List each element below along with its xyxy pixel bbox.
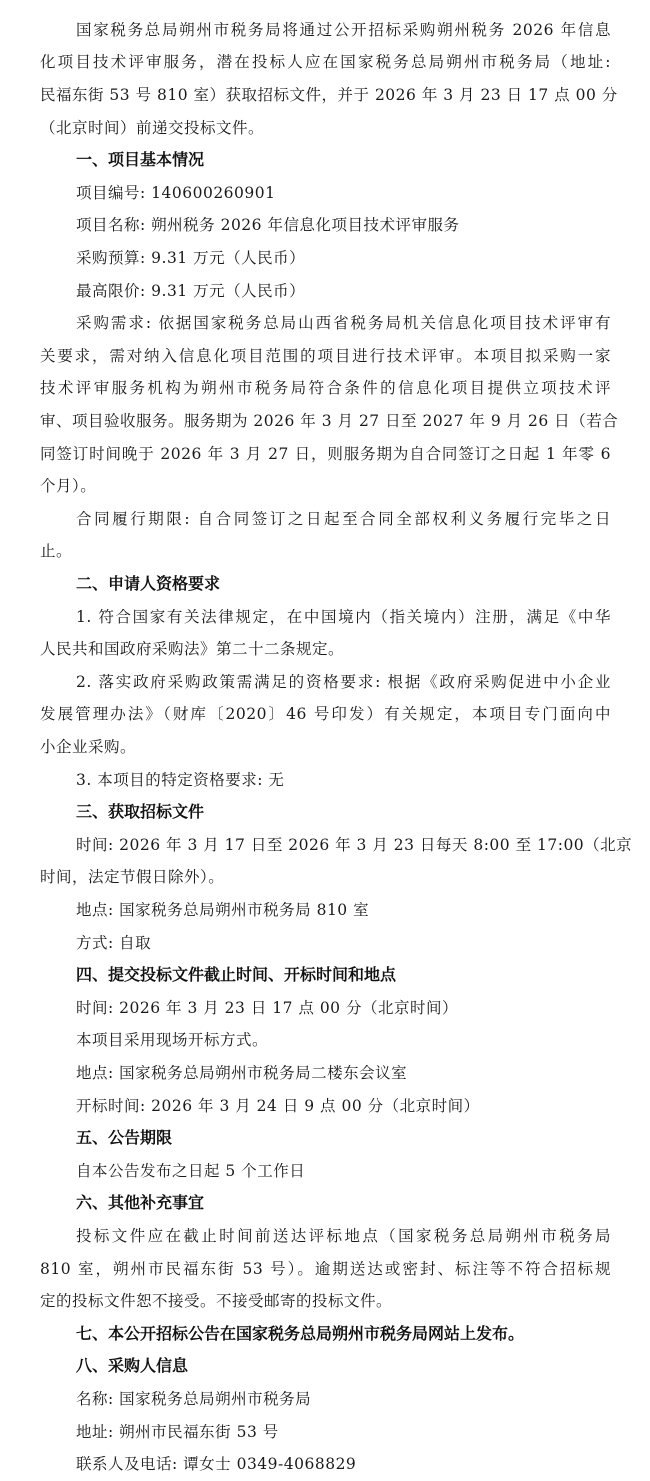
obtain-method: 方式: 自取: [76, 927, 151, 959]
contract-term-line-1: 合同履行期限: 自合同签订之日起至合同全部权利义务履行完毕之日: [76, 503, 611, 535]
qualification-1-line-2: 人民共和国政府采购法》第二十二条规定。: [40, 633, 611, 665]
requirement-line-4: 审、项目验收服务。服务期为 2026 年 3 月 27 日至 2027 年 9 …: [40, 405, 611, 437]
intro-line-2: 化项目技术评审服务，潜在投标人应在国家税务总局朔州市税务局（地址:: [40, 46, 611, 78]
opening-place: 地点: 国家税务总局朔州市税务局二楼东会议室: [76, 1057, 407, 1089]
max-price: 最高限价: 9.31 万元（人民币）: [76, 275, 305, 307]
intro-line-3: 民福东街 53 号 810 室）获取招标文件，并于 2026 年 3 月 23 …: [40, 79, 611, 111]
opening-mode: 本项目采用现场开标方式。: [76, 1024, 268, 1056]
section-7-heading: 七、本公开招标公告在国家税务总局朔州市税务局网站上发布。: [76, 1318, 524, 1350]
requirement-line-1: 采购需求: 依据国家税务总局山西省税务局机关信息化项目技术评审有: [76, 307, 611, 339]
qualification-2-line-1: 2. 落实政府采购政策需满足的资格要求: 根据《政府采购促进中小企业: [76, 666, 611, 698]
section-3-heading: 三、获取招标文件: [76, 796, 204, 828]
announcement-period: 自本公告发布之日起 5 个工作日: [76, 1155, 305, 1187]
section-8-heading: 八、采购人信息: [76, 1350, 188, 1382]
intro-line-1: 国家税务总局朔州市税务局将通过公开招标采购朔州税务 2026 年信息: [76, 14, 611, 46]
intro-line-4: （北京时间）前递交投标文件。: [40, 112, 611, 144]
section-1-heading: 一、项目基本情况: [76, 144, 204, 176]
requirement-line-5: 同签订时间晚于 2026 年 3 月 27 日，则服务期为自合同签订之日起 1 …: [40, 438, 611, 470]
tender-announcement-document: 国家税务总局朔州市税务局将通过公开招标采购朔州税务 2026 年信息 化项目技术…: [0, 0, 650, 1481]
procurement-budget: 采购预算: 9.31 万元（人民币）: [76, 242, 305, 274]
contract-term-line-2: 止。: [40, 535, 611, 567]
requirement-line-6: 个月）。: [40, 470, 611, 502]
section-2-heading: 二、申请人资格要求: [76, 568, 220, 600]
submission-deadline: 时间: 2026 年 3 月 23 日 17 点 00 分（北京时间）: [76, 992, 458, 1024]
section-4-heading: 四、提交投标文件截止时间、开标时间和地点: [76, 959, 396, 991]
requirement-line-3: 技术评审服务机构为朔州市税务局符合条件的信息化项目提供立项技术评: [40, 372, 611, 404]
purchaser-address: 地址: 朔州市民福东街 53 号: [76, 1416, 279, 1448]
obtain-time-line-2: 时间，法定节假日除外）。: [40, 861, 611, 893]
opening-time: 开标时间: 2026 年 3 月 24 日 9 点 00 分（北京时间）: [76, 1090, 480, 1122]
qualification-1-line-1: 1. 符合国家有关法律规定，在中国境内（指关境内）注册，满足《中华: [76, 601, 611, 633]
supplementary-line-2: 810 室，朔州市民福东街 53 号）。逾期送达或密封、标注等不符合招标规: [40, 1253, 611, 1285]
purchaser-name: 名称: 国家税务总局朔州市税务局: [76, 1383, 311, 1415]
qualification-2-line-3: 小企业采购。: [40, 731, 611, 763]
qualification-3: 3. 本项目的特定资格要求: 无: [76, 764, 284, 796]
section-5-heading: 五、公告期限: [76, 1122, 172, 1154]
section-6-heading: 六、其他补充事宜: [76, 1187, 204, 1219]
purchaser-contact: 联系人及电话: 谭女士 0349-4068829: [76, 1448, 356, 1480]
project-number: 项目编号: 140600260901: [76, 177, 276, 209]
supplementary-line-1: 投标文件应在截止时间前送达评标地点（国家税务总局朔州市税务局: [76, 1220, 611, 1252]
obtain-place: 地点: 国家税务总局朔州市税务局 810 室: [76, 894, 369, 926]
project-name: 项目名称: 朔州税务 2026 年信息化项目技术评审服务: [76, 209, 459, 241]
obtain-time-line-1: 时间: 2026 年 3 月 17 日至 2026 年 3 月 23 日每天 8…: [76, 829, 611, 861]
qualification-2-line-2: 发展管理办法》（财库〔2020〕46 号印发）有关规定，本项目专门面向中: [40, 698, 611, 730]
supplementary-line-3: 定的投标文件恕不接受。不接受邮寄的投标文件。: [40, 1285, 611, 1317]
requirement-line-2: 关要求，需对纳入信息化项目范围的项目进行技术评审。本项目拟采购一家: [40, 340, 611, 372]
